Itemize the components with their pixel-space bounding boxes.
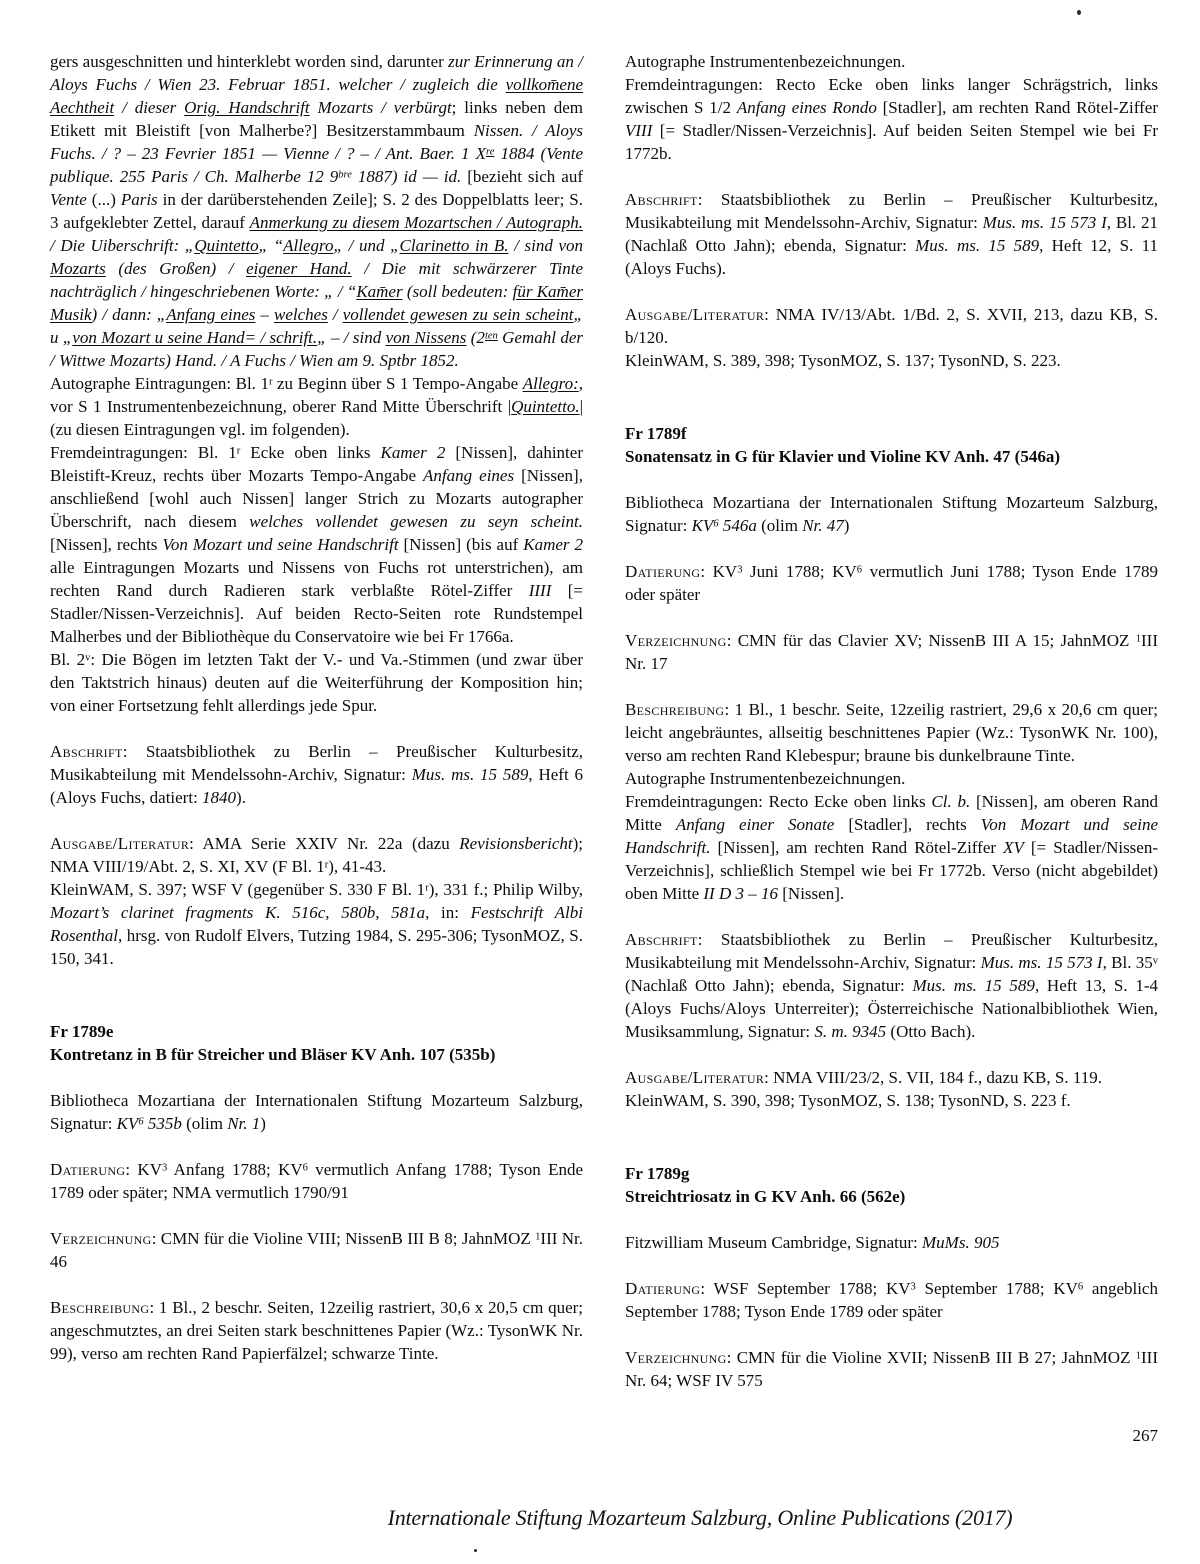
scan-speck — [1077, 10, 1081, 15]
left-column: gers ausgeschnitten und hinterklebt word… — [50, 50, 583, 1447]
entry-heading: Streichtriosatz in G KV Anh. 66 (562e) — [625, 1185, 1158, 1208]
paragraph: Autographe Eintragungen: Bl. 1r zu Begin… — [50, 372, 583, 441]
scan-speck — [474, 1549, 477, 1552]
paragraph: Autographe Instrumentenbezeichnungen. — [625, 50, 1158, 73]
paragraph: Verzeichnung: CMN für das Clavier XV; Ni… — [625, 629, 1158, 675]
page-number: 267 — [625, 1424, 1158, 1447]
paragraph: Verzeichnung: CMN für die Violine XVII; … — [625, 1346, 1158, 1392]
paragraph: Fremdeintragungen: Recto Ecke oben links… — [625, 73, 1158, 165]
paragraph: Fitzwilliam Museum Cambridge, Signatur: … — [625, 1231, 1158, 1254]
document-page: gers ausgeschnitten und hinterklebt word… — [0, 0, 1200, 1564]
paragraph: gers ausgeschnitten und hinterklebt word… — [50, 50, 583, 372]
paragraph: Fremdeintragungen: Bl. 1r Ecke oben link… — [50, 441, 583, 648]
right-column: Autographe Instrumentenbezeichnungen.Fre… — [625, 50, 1158, 1447]
paragraph: Ausgabe/Literatur: AMA Serie XXIV Nr. 22… — [50, 832, 583, 878]
paragraph: KleinWAM, S. 390, 398; TysonMOZ, S. 138;… — [625, 1089, 1158, 1112]
paragraph: KleinWAM, S. 397; WSF V (gegenüber S. 33… — [50, 878, 583, 970]
paragraph: Datierung: KV3 Juni 1788; KV6 vermutlich… — [625, 560, 1158, 606]
right-column-blocks: Autographe Instrumentenbezeichnungen.Fre… — [625, 50, 1158, 1392]
page: { "page": { "number": "267", "footer_tex… — [0, 0, 1200, 1564]
paragraph: Datierung: KV3 Anfang 1788; KV6 vermutli… — [50, 1158, 583, 1204]
paragraph: Abschrift: Staatsbibliothek zu Berlin – … — [50, 740, 583, 809]
paragraph: Beschreibung: 1 Bl., 1 beschr. Seite, 12… — [625, 698, 1158, 767]
footer-imprint: Internationale Stiftung Mozarteum Salzbu… — [0, 1505, 1200, 1531]
paragraph: Abschrift: Staatsbibliothek zu Berlin – … — [625, 928, 1158, 1043]
paragraph: Ausgabe/Literatur: NMA VIII/23/2, S. VII… — [625, 1066, 1158, 1089]
paragraph: Fremdeintragungen: Recto Ecke oben links… — [625, 790, 1158, 905]
paragraph: Bl. 2v: Die Bögen im letzten Takt der V.… — [50, 648, 583, 717]
paragraph: Bibliotheca Mozartiana der International… — [625, 491, 1158, 537]
entry-heading: Sonatensatz in G für Klavier und Violine… — [625, 445, 1158, 468]
paragraph: Datierung: WSF September 1788; KV3 Septe… — [625, 1277, 1158, 1323]
paragraph: Autographe Instrumentenbezeichnungen. — [625, 767, 1158, 790]
two-column-text: gers ausgeschnitten und hinterklebt word… — [50, 50, 1158, 1447]
entry-heading: Fr 1789g — [625, 1162, 1158, 1185]
paragraph: KleinWAM, S. 389, 398; TysonMOZ, S. 137;… — [625, 349, 1158, 372]
entry-heading: Kontretanz in B für Streicher und Bläser… — [50, 1043, 583, 1066]
paragraph: Bibliotheca Mozartiana der International… — [50, 1089, 583, 1135]
paragraph: Ausgabe/Literatur: NMA IV/13/Abt. 1/Bd. … — [625, 303, 1158, 349]
paragraph: Abschrift: Staatsbibliothek zu Berlin – … — [625, 188, 1158, 280]
entry-heading: Fr 1789f — [625, 422, 1158, 445]
entry-heading: Fr 1789e — [50, 1020, 583, 1043]
paragraph: Beschreibung: 1 Bl., 2 beschr. Seiten, 1… — [50, 1296, 583, 1365]
paragraph: Verzeichnung: CMN für die Violine VIII; … — [50, 1227, 583, 1273]
